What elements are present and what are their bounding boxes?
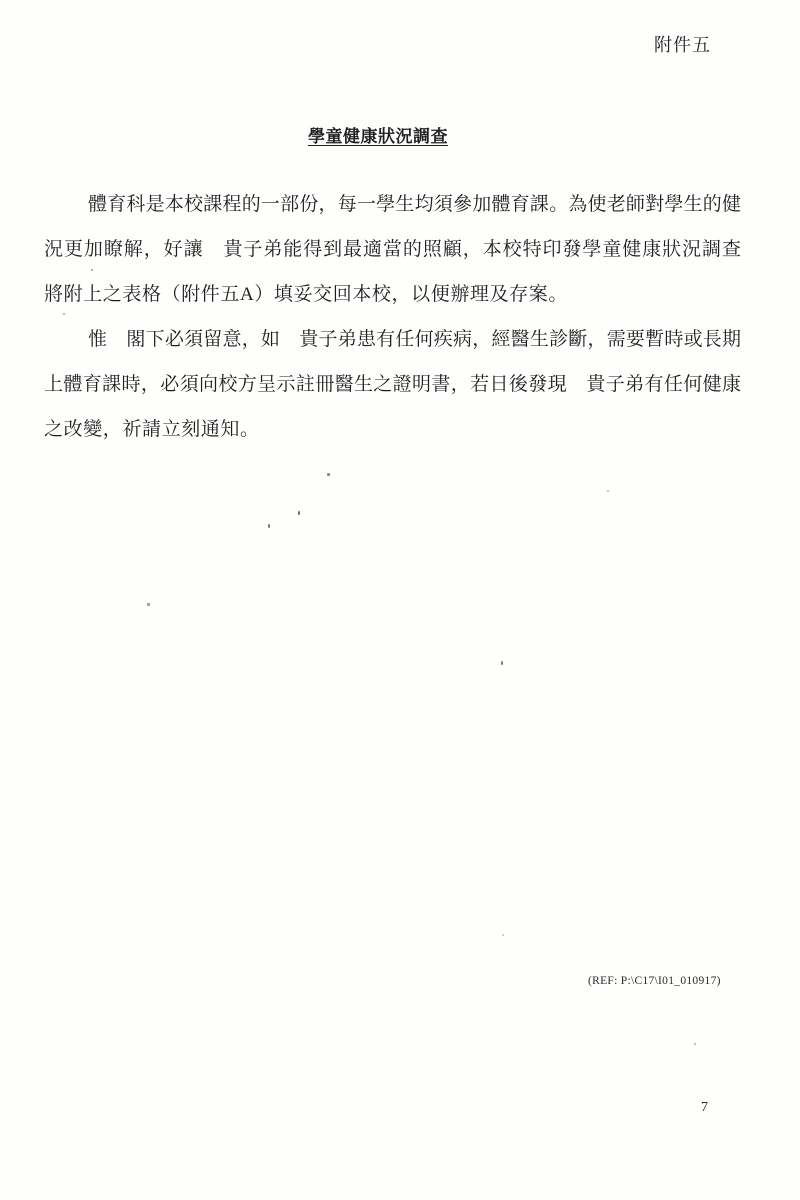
scan-speck	[694, 1043, 696, 1045]
body-line: 體育科是本校課程的一部份，每一學生均須參加體育課。為使老師對學生的健康狀	[44, 182, 741, 227]
attachment-label: 附件五	[654, 31, 711, 57]
scan-speck	[502, 934, 504, 936]
scan-speck	[501, 661, 503, 665]
document-page: 附件五 學童健康狀況調查 體育科是本校課程的一部份，每一學生均須參加體育課。為使…	[0, 0, 800, 1200]
scan-speck	[147, 603, 150, 606]
body-line: 將附上之表格（附件五A）填妥交回本校，以便辦理及存案。	[44, 272, 741, 317]
body-text: 體育科是本校課程的一部份，每一學生均須參加體育課。為使老師對學生的健康狀況更加瞭…	[44, 182, 741, 452]
scan-speck	[327, 473, 330, 476]
scan-speck	[91, 269, 93, 271]
body-line: 上體育課時，必須向校方呈示註冊醫生之證明書，若日後發現 貴子弟有任何健康狀況	[44, 362, 741, 407]
body-line: 惟 閣下必須留意，如 貴子弟患有任何疾病，經醫生診斷，需要暫時或長期豁免	[44, 317, 741, 362]
scan-speck	[268, 524, 270, 528]
body-line: 況更加瞭解，好讓 貴子弟能得到最適當的照顧，本校特印發學童健康狀況調查表，請	[44, 227, 741, 272]
page-number: 7	[701, 1100, 708, 1116]
scan-speck	[607, 490, 609, 492]
scan-speck	[63, 313, 65, 315]
body-line: 之改變，祈請立刻通知。	[44, 407, 741, 452]
document-title: 學童健康狀況調查	[0, 122, 756, 147]
reference-code: (REF: P:\C17\I01_010917)	[588, 975, 721, 987]
scan-speck	[298, 511, 300, 515]
